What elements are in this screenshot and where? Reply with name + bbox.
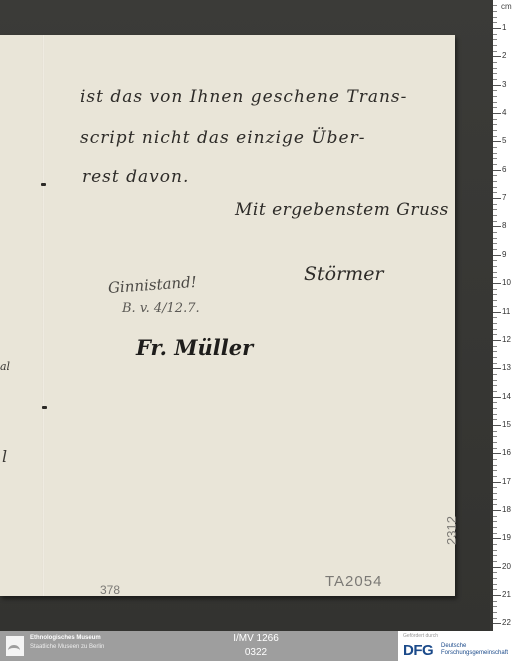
- ruler-minor-tick: [493, 68, 497, 69]
- ruler-minor-tick: [493, 266, 497, 267]
- ruler-minor-tick: [493, 618, 497, 619]
- ruler-minor-tick: [493, 544, 497, 545]
- ruler-minor-tick: [493, 158, 497, 159]
- ruler-label: 9: [502, 250, 506, 259]
- funder-name-line-2: Forschungsgemeinschaft: [441, 650, 508, 657]
- ruler-minor-tick: [493, 39, 497, 40]
- ruler-major-tick: [493, 623, 501, 624]
- ruler-minor-tick: [493, 215, 497, 216]
- ruler-minor-tick: [493, 334, 497, 335]
- ruler-minor-tick: [493, 329, 497, 330]
- ruler-minor-tick: [493, 391, 497, 392]
- footer-bar: Ethnologisches Museum Staatliche Museen …: [0, 631, 512, 661]
- letter-line-1: ist das von Ihnen geschene Trans-: [80, 87, 407, 107]
- ruler-minor-tick: [493, 606, 497, 607]
- ruler-minor-tick: [493, 317, 497, 318]
- scan-area: ist das von Ihnen geschene Trans- script…: [0, 0, 490, 631]
- annotation-line-2: B. v. 4/12.7.: [122, 301, 200, 316]
- ruler-label: 17: [502, 477, 511, 486]
- ink-mark: [42, 406, 47, 409]
- ruler-label: 1: [502, 23, 506, 32]
- ruler-label: 5: [502, 136, 506, 145]
- ruler-minor-tick: [493, 277, 497, 278]
- ruler-minor-tick: [493, 294, 497, 295]
- ruler-minor-tick: [493, 465, 497, 466]
- ruler-minor-tick: [493, 561, 497, 562]
- ruler-major-tick: [493, 425, 501, 426]
- ruler-label: 22: [502, 618, 511, 627]
- ruler-minor-tick: [493, 187, 497, 188]
- ruler-label: 16: [502, 448, 511, 457]
- paper-fold: [42, 35, 45, 596]
- ruler-minor-tick: [493, 153, 497, 154]
- ruler-minor-tick: [493, 192, 497, 193]
- ruler-minor-tick: [493, 584, 497, 585]
- letter-page: ist das von Ihnen geschene Trans- script…: [0, 35, 455, 596]
- pencil-rotated-number: 2312: [444, 516, 459, 545]
- measurement-ruler: cm 12345678910111213141516171819202122: [490, 0, 512, 631]
- ruler-minor-tick: [493, 124, 497, 125]
- ruler-minor-tick: [493, 90, 497, 91]
- ruler-major-tick: [493, 141, 501, 142]
- ruler-minor-tick: [493, 374, 497, 375]
- ruler-major-tick: [493, 538, 501, 539]
- pencil-catalog-number: TA2054: [325, 573, 382, 590]
- ruler-major-tick: [493, 567, 501, 568]
- ruler-minor-tick: [493, 147, 497, 148]
- ruler-label: 15: [502, 420, 511, 429]
- ruler-major-tick: [493, 482, 501, 483]
- ruler-minor-tick: [493, 487, 497, 488]
- letter-line-2: script nicht das einzige Über-: [80, 128, 366, 148]
- ruler-minor-tick: [493, 493, 497, 494]
- ruler-minor-tick: [493, 476, 497, 477]
- ruler-minor-tick: [493, 175, 497, 176]
- ruler-minor-tick: [493, 521, 497, 522]
- ruler-minor-tick: [493, 79, 497, 80]
- ruler-label: 3: [502, 80, 506, 89]
- ruler-label: 13: [502, 363, 511, 372]
- ruler-minor-tick: [493, 578, 497, 579]
- ruler-minor-tick: [493, 209, 497, 210]
- ruler-minor-tick: [493, 436, 497, 437]
- ruler-minor-tick: [493, 107, 497, 108]
- ruler-major-tick: [493, 312, 501, 313]
- ruler-minor-tick: [493, 408, 497, 409]
- annotation-name: Fr. Müller: [136, 335, 253, 360]
- annotation-line-1: Ginnistand!: [107, 273, 197, 297]
- ruler-minor-tick: [493, 363, 497, 364]
- ruler-minor-tick: [493, 73, 497, 74]
- ruler-minor-tick: [493, 306, 497, 307]
- ruler-minor-tick: [493, 260, 497, 261]
- ruler-major-tick: [493, 170, 501, 171]
- ruler-minor-tick: [493, 459, 497, 460]
- ruler-minor-tick: [493, 17, 497, 18]
- ruler-minor-tick: [493, 164, 497, 165]
- ruler-major-tick: [493, 340, 501, 341]
- ruler-label: 6: [502, 165, 506, 174]
- ruler-minor-tick: [493, 181, 497, 182]
- ruler-major-tick: [493, 85, 501, 86]
- ruler-minor-tick: [493, 533, 497, 534]
- ruler-label: 19: [502, 533, 511, 542]
- ruler-minor-tick: [493, 102, 497, 103]
- ruler-minor-tick: [493, 243, 497, 244]
- ruler-minor-tick: [493, 601, 497, 602]
- ruler-major-tick: [493, 198, 501, 199]
- ruler-minor-tick: [493, 357, 497, 358]
- ruler-minor-tick: [493, 232, 497, 233]
- margin-fragment-1: al: [0, 360, 10, 373]
- ruler-minor-tick: [493, 351, 497, 352]
- ruler-major-tick: [493, 255, 501, 256]
- ruler-major-tick: [493, 113, 501, 114]
- ruler-label: 18: [502, 505, 511, 514]
- ruler-minor-tick: [493, 499, 497, 500]
- ink-mark: [41, 183, 46, 186]
- ruler-label: 20: [502, 562, 511, 571]
- ruler-minor-tick: [493, 346, 497, 347]
- ruler-minor-tick: [493, 136, 497, 137]
- ruler-minor-tick: [493, 402, 497, 403]
- ruler-major-tick: [493, 28, 501, 29]
- ruler-label: 14: [502, 392, 511, 401]
- ruler-minor-tick: [493, 289, 497, 290]
- ruler-minor-tick: [493, 22, 497, 23]
- ruler-major-tick: [493, 453, 501, 454]
- ruler-minor-tick: [493, 62, 497, 63]
- ruler-minor-tick: [493, 300, 497, 301]
- ruler-minor-tick: [493, 51, 497, 52]
- ruler-minor-tick: [493, 96, 497, 97]
- ruler-minor-tick: [493, 272, 497, 273]
- letter-line-3: rest davon.: [82, 167, 189, 187]
- ruler-minor-tick: [493, 431, 497, 432]
- ruler-label: 21: [502, 590, 511, 599]
- ruler-minor-tick: [493, 572, 497, 573]
- ruler-label: 8: [502, 221, 506, 230]
- ruler-label: 12: [502, 335, 511, 344]
- funder-name-line-1: Deutsche: [441, 643, 508, 650]
- ruler-minor-tick: [493, 204, 497, 205]
- ruler-minor-tick: [493, 414, 497, 415]
- ruler-minor-tick: [493, 5, 497, 6]
- ruler-minor-tick: [493, 504, 497, 505]
- ruler-minor-tick: [493, 323, 497, 324]
- ruler-major-tick: [493, 510, 501, 511]
- ruler-minor-tick: [493, 448, 497, 449]
- ruler-minor-tick: [493, 380, 497, 381]
- ruler-unit: cm: [501, 2, 512, 11]
- dfg-logo-icon: DFG: [403, 642, 433, 659]
- ruler-minor-tick: [493, 419, 497, 420]
- ruler-label: 10: [502, 278, 511, 287]
- pencil-number: 378: [100, 583, 120, 597]
- ruler-minor-tick: [493, 34, 497, 35]
- funder-name: Deutsche Forschungsgemeinschaft: [441, 643, 508, 657]
- funder-label: Gefördert durch: [403, 633, 438, 639]
- ruler-minor-tick: [493, 527, 497, 528]
- ruler-minor-tick: [493, 470, 497, 471]
- ruler-minor-tick: [493, 555, 497, 556]
- signature: Störmer: [304, 263, 384, 285]
- ruler-label: 11: [502, 307, 510, 316]
- funder-badge: Gefördert durch DFG Deutsche Forschungsg…: [398, 631, 512, 661]
- ruler-label: 4: [502, 108, 506, 117]
- ruler-minor-tick: [493, 589, 497, 590]
- ruler-minor-tick: [493, 612, 497, 613]
- ruler-major-tick: [493, 226, 501, 227]
- ruler-minor-tick: [493, 11, 497, 12]
- ruler-major-tick: [493, 283, 501, 284]
- ruler-minor-tick: [493, 238, 497, 239]
- ruler-major-tick: [493, 595, 501, 596]
- ruler-label: 2: [502, 51, 506, 60]
- ruler-label: 7: [502, 193, 506, 202]
- ruler-minor-tick: [493, 442, 497, 443]
- letter-closing: Mit ergebenstem Gruss: [235, 200, 449, 220]
- ruler-minor-tick: [493, 550, 497, 551]
- margin-fragment-2: l: [2, 447, 7, 466]
- ruler-minor-tick: [493, 119, 497, 120]
- ruler-minor-tick: [493, 516, 497, 517]
- ruler-minor-tick: [493, 45, 497, 46]
- ruler-minor-tick: [493, 249, 497, 250]
- ruler-minor-tick: [493, 385, 497, 386]
- ruler-minor-tick: [493, 130, 497, 131]
- ruler-major-tick: [493, 56, 501, 57]
- ruler-major-tick: [493, 397, 501, 398]
- ruler-major-tick: [493, 368, 501, 369]
- ruler-minor-tick: [493, 221, 497, 222]
